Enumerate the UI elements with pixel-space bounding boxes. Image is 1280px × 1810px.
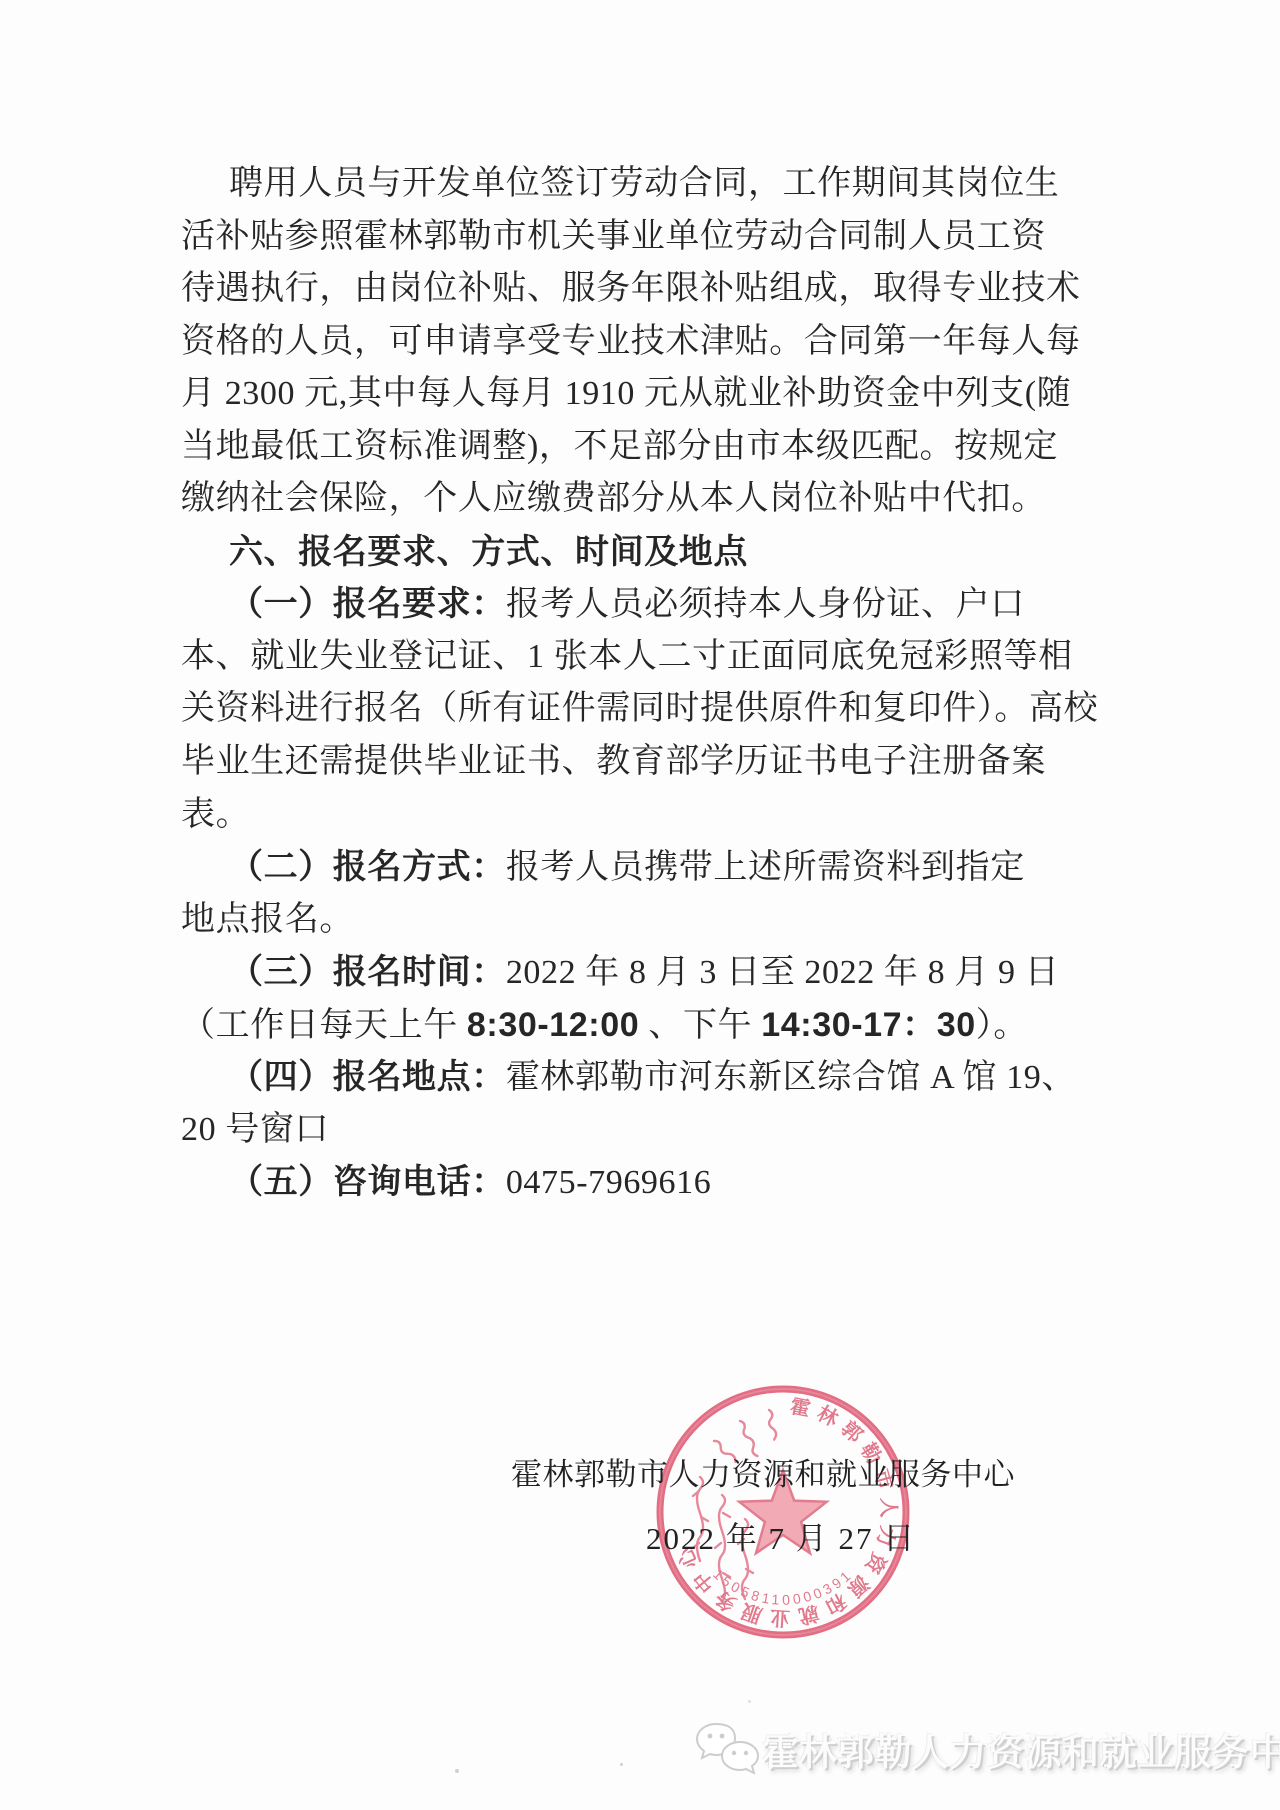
text-line: （工作日每天上午 8:30-12:00 、下午 14:30-17：30）。 (181, 999, 1081, 1052)
document-page: 聘用人员与开发单位签订劳动合同，工作期间其岗位生活补贴参照霍林郭勒市机关事业单位… (0, 0, 1280, 1810)
text-line: 表。 (181, 789, 1081, 842)
text-line: 缴纳社会保险，个人应缴费部分从本人岗位补贴中代扣。 (181, 473, 1081, 526)
text-line: 毕业生还需提供毕业证书、教育部学历证书电子注册备案 (181, 736, 1081, 789)
text-segment: （一）报名要求： (229, 585, 506, 623)
text-segment: 毕业生还需提供毕业证书、教育部学历证书电子注册备案 (181, 743, 1046, 780)
text-line: 六、报名要求、方式、时间及地点 (181, 526, 1081, 579)
text-line: （五）咨询电话：0475-7969616 (181, 1156, 1081, 1209)
text-segment: （二）报名方式： (229, 848, 506, 886)
text-line: （三）报名时间：2022 年 8 月 3 日至 2022 年 8 月 9 日 (181, 946, 1081, 999)
text-segment: （三）报名时间： (229, 953, 506, 991)
text-segment: 缴纳社会保险，个人应缴费部分从本人岗位补贴中代扣。 (181, 480, 1046, 517)
text-segment: （四）报名地点： (229, 1058, 506, 1096)
text-segment: 14:30-17：30 (761, 1006, 976, 1044)
signature-date: 2022 年 7 月 27 日 (646, 1513, 916, 1558)
text-segment: 关资料进行报名（所有证件需同时提供原件和复印件）。高校 (181, 690, 1098, 727)
text-segment: 、下午 (639, 1007, 761, 1044)
text-line: 待遇执行，由岗位补贴、服务年限补贴组成，取得专业技术 (181, 263, 1081, 316)
text-line: （一）报名要求：报考人员必须持本人身份证、户口 (181, 578, 1081, 631)
text-segment: 活补贴参照霍林郭勒市机关事业单位劳动合同制人员工资 (181, 218, 1046, 255)
footer-watermark: 霍林郭勒人力资源和就业服务中心 (762, 1722, 1280, 1776)
text-segment: （五）咨询电话： (229, 1163, 506, 1201)
text-segment: ）。 (976, 1007, 1028, 1044)
text-segment: 0475-7969616 (506, 1164, 712, 1201)
text-segment: 2022 年 8 月 3 日至 2022 年 8 月 9 日 (506, 954, 1060, 991)
text-segment: （工作日每天上午 (181, 1007, 467, 1044)
text-line: 活补贴参照霍林郭勒市机关事业单位劳动合同制人员工资 (181, 211, 1081, 264)
scan-speck (748, 1700, 751, 1703)
text-segment: 8:30-12:00 (467, 1006, 639, 1044)
scan-speck (620, 1763, 623, 1766)
text-segment: 表。 (181, 796, 250, 833)
text-segment: 当地最低工资标准调整)，不足部分由市本级匹配。按规定 (181, 428, 1058, 465)
text-segment: 六、报名要求、方式、时间及地点 (229, 533, 748, 571)
text-segment: 待遇执行，由岗位补贴、服务年限补贴组成，取得专业技术 (181, 270, 1081, 307)
official-seal: 霍林郭勒市人力资源和就业服务中心 15058110000391 (648, 1377, 918, 1647)
text-line: 20 号窗口 (181, 1104, 1081, 1157)
text-segment: 资格的人员，可申请享受专业技术津贴。合同第一年每人每 (181, 323, 1081, 360)
text-line: （四）报名地点：霍林郭勒市河东新区综合馆 A 馆 19、 (181, 1051, 1081, 1104)
text-line: 月 2300 元,其中每人每月 1910 元从就业补助资金中列支(随 (181, 368, 1081, 421)
text-line: （二）报名方式：报考人员携带上述所需资料到指定 (181, 841, 1081, 894)
text-segment: 报考人员携带上述所需资料到指定 (506, 849, 1025, 886)
text-line: 聘用人员与开发单位签订劳动合同，工作期间其岗位生 (181, 158, 1081, 211)
text-segment: 本、就业失业登记证、1 张本人二寸正面同底免冠彩照等相 (181, 638, 1073, 675)
text-segment: 霍林郭勒市河东新区综合馆 A 馆 19、 (506, 1059, 1076, 1096)
text-line: 本、就业失业登记证、1 张本人二寸正面同底免冠彩照等相 (181, 631, 1081, 684)
text-line: 当地最低工资标准调整)，不足部分由市本级匹配。按规定 (181, 421, 1081, 474)
wechat-icon (692, 1720, 764, 1778)
text-line: 地点报名。 (181, 894, 1081, 947)
document-body: 聘用人员与开发单位签订劳动合同，工作期间其岗位生活补贴参照霍林郭勒市机关事业单位… (181, 158, 1081, 1209)
text-segment: 地点报名。 (181, 901, 354, 938)
text-line: 关资料进行报名（所有证件需同时提供原件和复印件）。高校 (181, 683, 1081, 736)
text-line: 资格的人员，可申请享受专业技术津贴。合同第一年每人每 (181, 316, 1081, 369)
scan-speck (455, 1769, 459, 1773)
signature-organization: 霍林郭勒市人力资源和就业服务中心 (511, 1449, 1015, 1494)
text-segment: 月 2300 元,其中每人每月 1910 元从就业补助资金中列支(随 (181, 375, 1071, 412)
text-segment: 报考人员必须持本人身份证、户口 (506, 586, 1025, 623)
text-segment: 聘用人员与开发单位签订劳动合同，工作期间其岗位生 (229, 165, 1059, 202)
text-segment: 20 号窗口 (181, 1111, 329, 1148)
